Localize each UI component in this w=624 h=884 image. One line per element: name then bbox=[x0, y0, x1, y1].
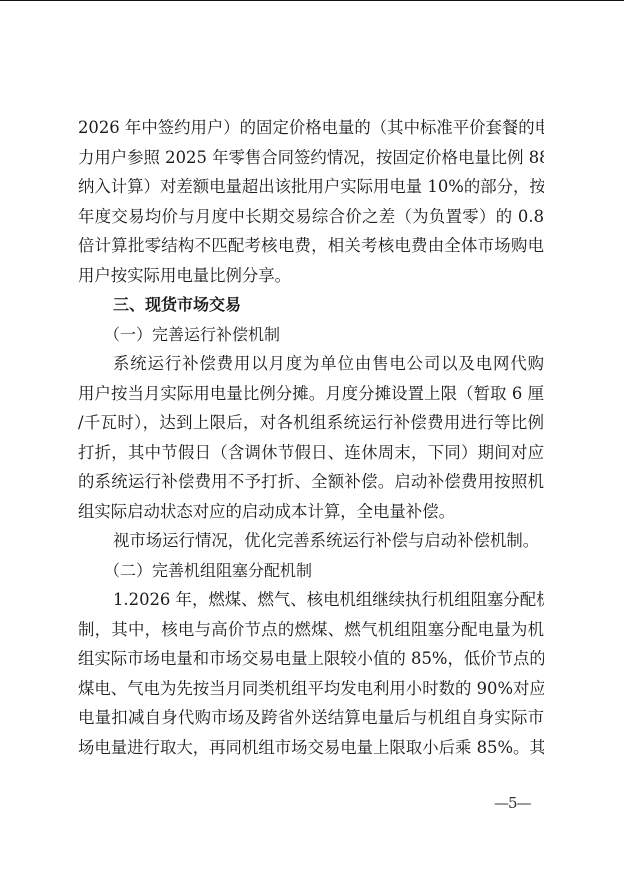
body-line: 2026 年中签约用户）的固定价格电量的（其中标准平价套餐的电 bbox=[78, 113, 544, 143]
body-line: 用户按当月实际用电量比例分摊。月度分摊设置上限（暂取 6 厘 bbox=[78, 379, 544, 409]
body-line: 电量扣减自身代购市场及跨省外送结算电量后与机组自身实际市 bbox=[78, 703, 544, 733]
page-number: —5— bbox=[494, 794, 531, 812]
section-heading: 三、现货市场交易 bbox=[78, 290, 544, 320]
body-line: 纳入计算）对差额电量超出该批用户实际用电量 10%的部分，按 bbox=[78, 172, 544, 202]
body-line: 组实际市场电量和市场交易电量上限较小值的 85%，低价节点的 bbox=[78, 644, 544, 674]
body-line: 的系统运行补偿费用不予打折、全额补偿。启动补偿费用按照机 bbox=[78, 467, 544, 497]
body-line: 煤电、气电为先按当月同类机组平均发电利用小时数的 90%对应 bbox=[78, 674, 544, 704]
subsection-heading: （二）完善机组阻塞分配机制 bbox=[78, 556, 544, 586]
body-line: 制，其中，核电与高价节点的燃煤、燃气机组阻塞分配电量为机 bbox=[78, 615, 544, 645]
subsection-heading: （一）完善运行补偿机制 bbox=[78, 320, 544, 350]
paragraph-first-line: 系统运行补偿费用以月度为单位由售电公司以及电网代购 bbox=[78, 349, 544, 379]
document-page-body: 2026 年中签约用户）的固定价格电量的（其中标准平价套餐的电 力用户参照 20… bbox=[78, 113, 544, 762]
body-line: 用户按实际用电量比例分享。 bbox=[78, 261, 544, 291]
body-line: 倍计算批零结构不匹配考核电费，相关考核电费由全体市场购电 bbox=[78, 231, 544, 261]
body-line: 年度交易均价与月度中长期交易综合价之差（为负置零）的 0.8 bbox=[78, 202, 544, 232]
paragraph-single-line: 视市场运行情况，优化完善系统运行补偿与启动补偿机制。 bbox=[78, 526, 544, 556]
paragraph-first-line: 1.2026 年，燃煤、燃气、核电机组继续执行机组阻塞分配机 bbox=[78, 585, 544, 615]
top-border-line bbox=[0, 0, 624, 1]
body-line: /千瓦时），达到上限后，对各机组系统运行补偿费用进行等比例 bbox=[78, 408, 544, 438]
body-line: 力用户参照 2025 年零售合同签约情况，按固定价格电量比例 88% bbox=[78, 143, 544, 173]
body-line: 打折，其中节假日（含调休节假日、连休周末，下同）期间对应 bbox=[78, 438, 544, 468]
body-line: 组实际启动状态对应的启动成本计算，全电量补偿。 bbox=[78, 497, 544, 527]
body-line: 场电量进行取大，再同机组市场交易电量上限取小后乘 85%。其 bbox=[78, 733, 544, 763]
